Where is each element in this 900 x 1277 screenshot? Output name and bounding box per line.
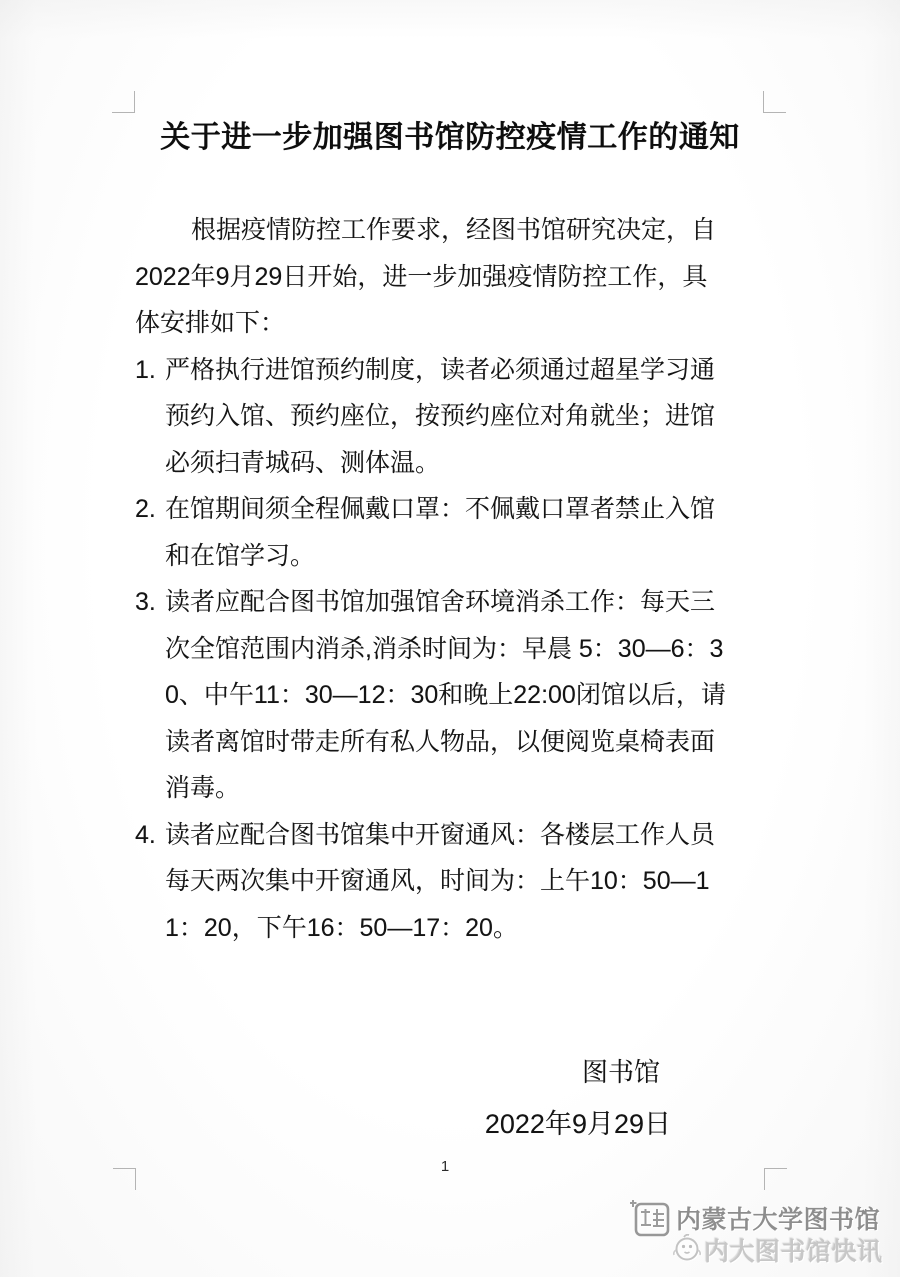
list-item-4-number: 4. [135, 812, 165, 859]
intro-line: 体安排如下： [135, 300, 769, 347]
list-item-2: 2.在馆期间须全程佩戴口罩：不佩戴口罩者禁止入馆 [135, 486, 769, 533]
list-item-2-cont: 和在馆学习。 [135, 533, 769, 580]
library-name-watermark: 内蒙古大学图书馆 [676, 1200, 880, 1236]
list-item-1-text: 严格执行进馆预约制度，读者必须通过超星学习通 [165, 356, 715, 384]
list-item-4-cont: 1：20，下午16：50—17：20。 [135, 905, 769, 952]
page-number: 1 [430, 1158, 460, 1175]
account-name-watermark: 内大图书馆快讯 [704, 1232, 883, 1268]
smiley-face-icon [672, 1234, 702, 1262]
crop-mark-bottom-right [764, 1168, 787, 1190]
list-item-4: 4.读者应配合图书馆集中开窗通风：各楼层工作人员 [135, 812, 769, 859]
crop-mark-top-right [763, 91, 786, 113]
intro-line: 根据疫情防控工作要求，经图书馆研究决定，自 [135, 207, 769, 254]
intro-line: 2022年9月29日开始，进一步加强疫情防控工作，具 [135, 254, 769, 301]
library-seal-icon [630, 1198, 672, 1240]
notice-body: 根据疫情防控工作要求，经图书馆研究决定，自 2022年9月29日开始，进一步加强… [135, 207, 769, 951]
list-item-4-cont: 每天两次集中开窗通风，时间为：上午10：50—1 [135, 858, 769, 905]
page-title: 关于进一步加强图书馆防控疫情工作的通知 [135, 112, 765, 156]
list-item-3-cont: 读者离馆时带走所有私人物品，以便阅览桌椅表面 [135, 719, 769, 766]
signature-date: 2022年9月29日 [135, 1109, 765, 1139]
list-item-2-text: 在馆期间须全程佩戴口罩：不佩戴口罩者禁止入馆 [165, 495, 715, 523]
crop-mark-top-left [112, 91, 135, 113]
signature-org: 图书馆 [135, 1057, 765, 1087]
list-item-3: 3.读者应配合图书馆加强馆舍环境消杀工作：每天三 [135, 579, 769, 626]
scanned-notice-page: 关于进一步加强图书馆防控疫情工作的通知 根据疫情防控工作要求，经图书馆研究决定，… [0, 0, 900, 1277]
list-item-3-text: 读者应配合图书馆加强馆舍环境消杀工作：每天三 [165, 588, 715, 616]
signature-block: 图书馆 2022年9月29日 [135, 1057, 765, 1139]
list-item-1: 1.严格执行进馆预约制度，读者必须通过超星学习通 [135, 347, 769, 394]
list-item-2-number: 2. [135, 486, 165, 533]
crop-mark-bottom-left [113, 1168, 136, 1190]
list-item-3-cont: 消毒。 [135, 765, 769, 812]
list-item-1-cont: 必须扫青城码、测体温。 [135, 440, 769, 487]
list-item-4-text: 读者应配合图书馆集中开窗通风：各楼层工作人员 [165, 821, 715, 849]
list-item-3-number: 3. [135, 579, 165, 626]
list-item-3-cont: 次全馆范围内消杀,消杀时间为：早晨 5：30—6：3 [135, 626, 769, 673]
list-item-1-number: 1. [135, 347, 165, 394]
list-item-1-cont: 预约入馆、预约座位，按预约座位对角就坐；进馆 [135, 393, 769, 440]
list-item-3-cont: 0、中午11：30—12：30和晚上22:00闭馆以后，请 [135, 672, 769, 719]
